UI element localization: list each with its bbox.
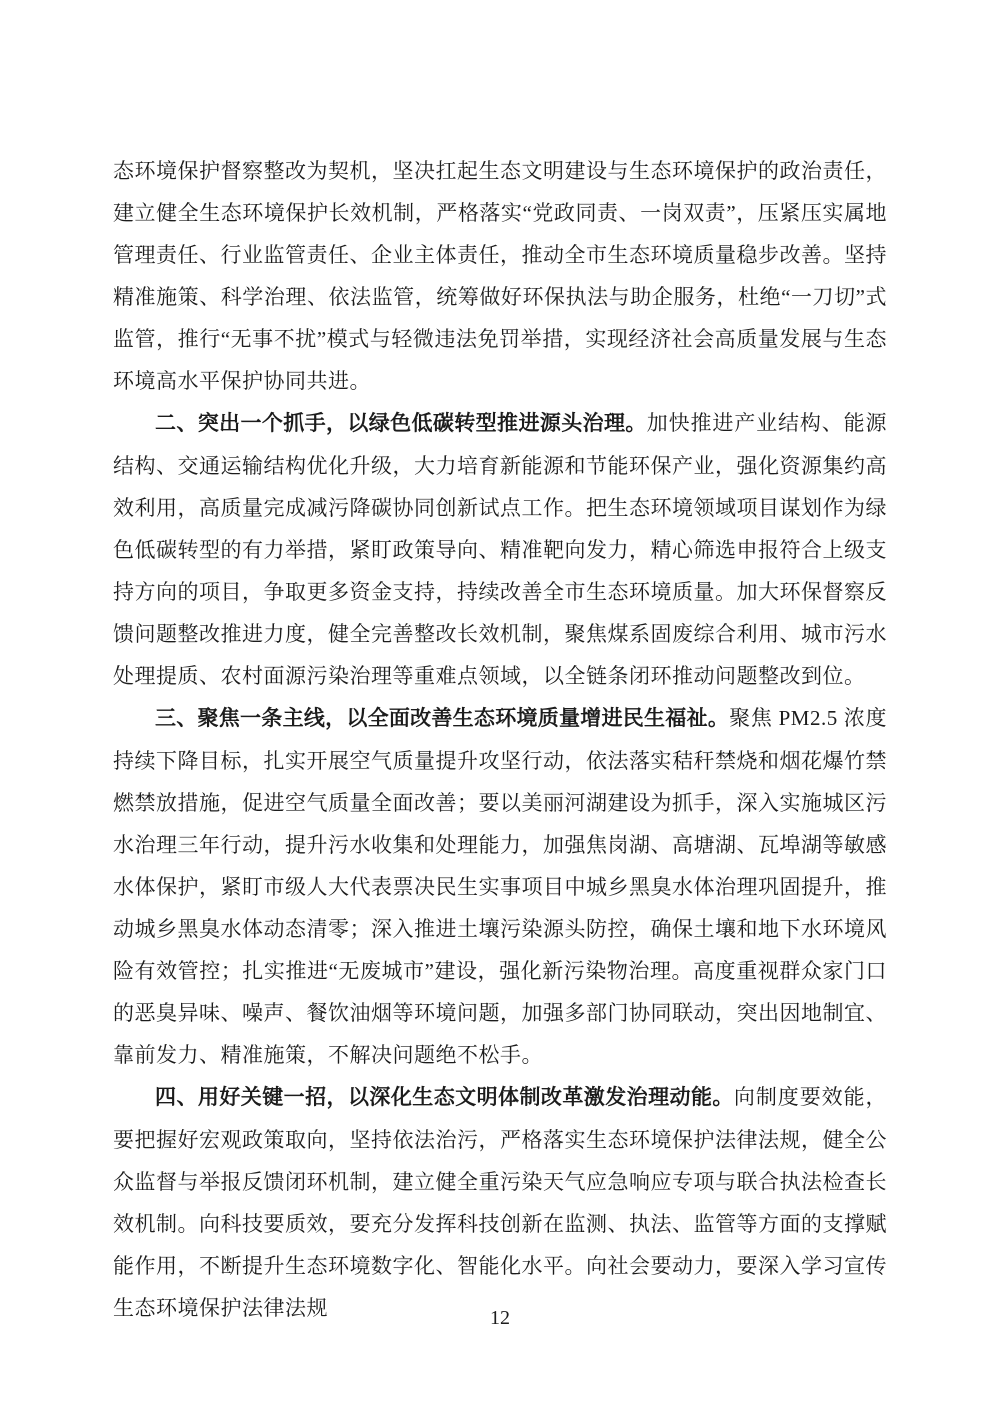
paragraph-text: 聚焦 PM2.5 浓度持续下降目标，扎实开展空气质量提升攻坚行动，依法落实秸秆禁… [113, 706, 887, 1067]
paragraph-text: 加快推进产业结构、能源结构、交通运输结构优化升级，大力培育新能源和节能环保产业，… [113, 411, 887, 688]
paragraph: 态环境保护督察整改为契机，坚决扛起生态文明建设与生态环境保护的政治责任，建立健全… [113, 150, 887, 402]
page-number: 12 [0, 1306, 1000, 1330]
paragraph-text: 向制度要效能，要把握好宏观政策取向，坚持依法治污，严格落实生态环境保护法律法规，… [113, 1085, 887, 1320]
document-page: 态环境保护督察整改为契机，坚决扛起生态文明建设与生态环境保护的政治责任，建立健全… [0, 0, 1000, 1415]
document-body: 态环境保护督察整改为契机，坚决扛起生态文明建设与生态环境保护的政治责任，建立健全… [113, 150, 887, 1329]
paragraph-text: 态环境保护督察整改为契机，坚决扛起生态文明建设与生态环境保护的政治责任，建立健全… [113, 159, 887, 393]
paragraph: 二、突出一个抓手，以绿色低碳转型推进源头治理。加快推进产业结构、能源结构、交通运… [113, 402, 887, 697]
paragraph: 四、用好关键一招，以深化生态文明体制改革激发治理动能。向制度要效能，要把握好宏观… [113, 1076, 887, 1329]
paragraph-heading: 四、用好关键一招，以深化生态文明体制改革激发治理动能。 [155, 1086, 734, 1109]
paragraph: 三、聚焦一条主线，以全面改善生态环境质量增进民生福祉。聚焦 PM2.5 浓度持续… [113, 697, 887, 1076]
paragraph-heading: 三、聚焦一条主线，以全面改善生态环境质量增进民生福祉。 [155, 707, 729, 730]
paragraph-heading: 二、突出一个抓手，以绿色低碳转型推进源头治理。 [155, 412, 647, 435]
